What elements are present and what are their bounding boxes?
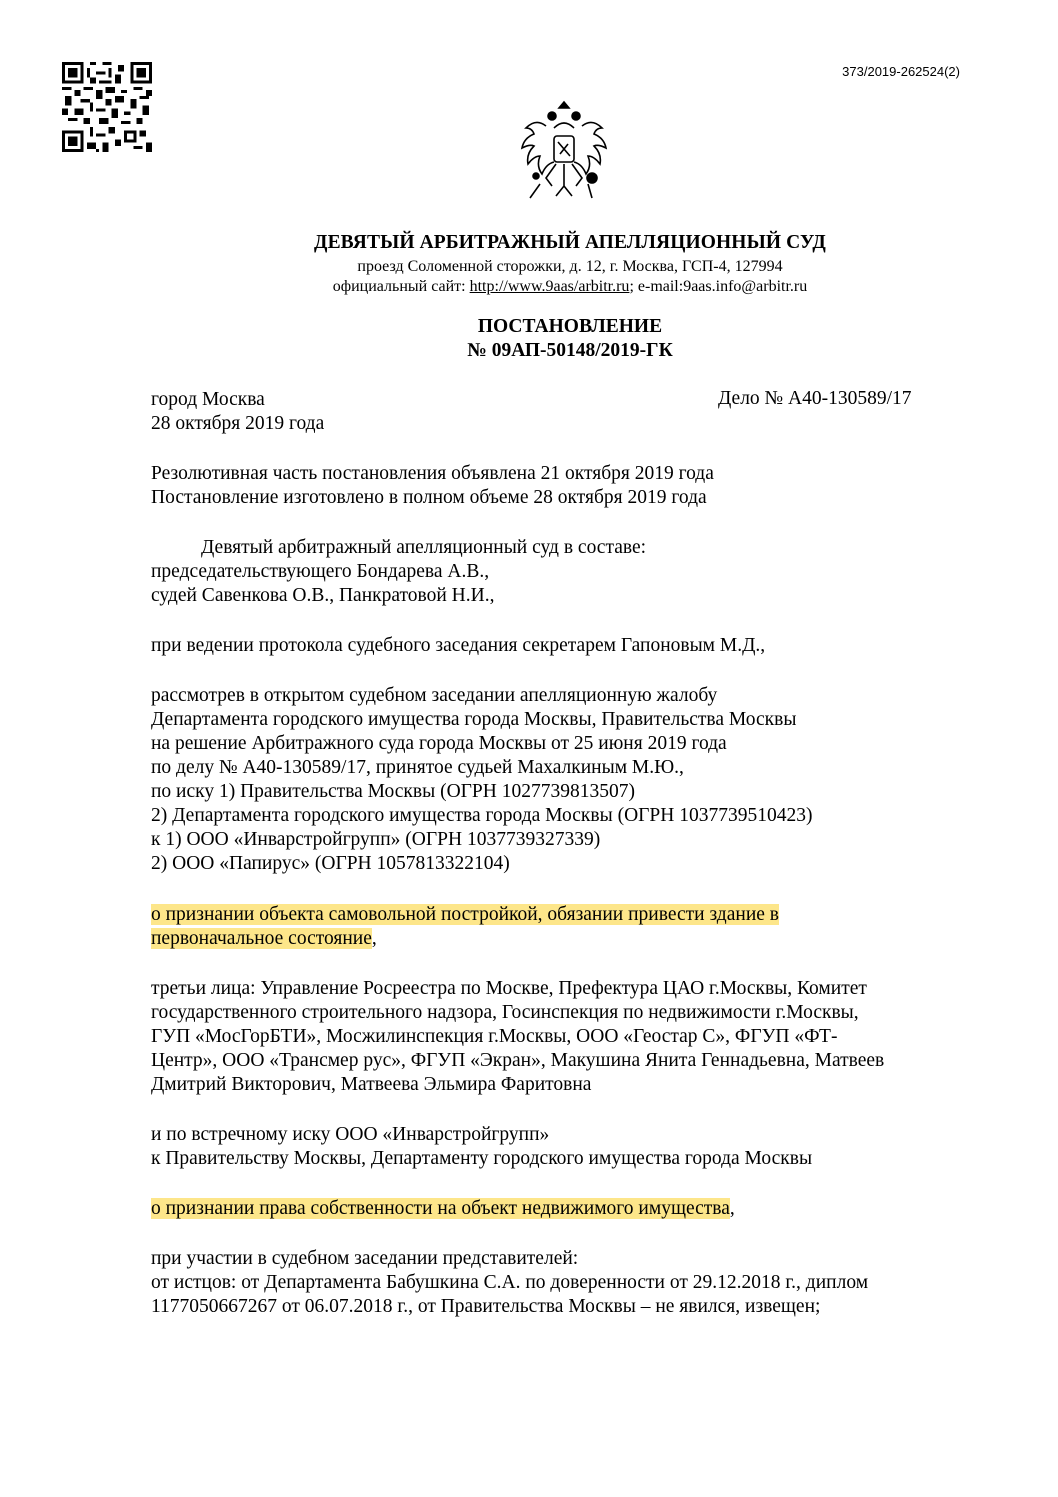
appeal-line: Департамента городского имущества города…: [151, 708, 796, 732]
site-label: официальный сайт:: [333, 278, 470, 295]
qr-code-icon: [62, 62, 152, 152]
document-number: № 09АП-50148/2019-ГК: [0, 340, 1058, 362]
appeal-line: рассмотрев в открытом судебном заседании…: [151, 684, 717, 708]
highlighted-claim: о признании объекта самовольной постройк…: [151, 904, 779, 925]
third-parties-line: государственного строительного надзора, …: [151, 1001, 859, 1025]
highlighted-claim: первоначальное состояние: [151, 928, 372, 949]
document-title: ПОСТАНОВЛЕНИЕ: [0, 316, 1058, 338]
third-parties-line: ГУП «МосГорБТИ», Мосжилинспекция г.Москв…: [151, 1025, 837, 1049]
third-parties-line: третьи лица: Управление Росреестра по Мо…: [151, 977, 867, 1001]
claim-subject-1-cont: первоначальное состояние,: [151, 927, 377, 951]
court-address: проезд Соломенной сторожки, д. 12, г. Мо…: [0, 258, 1058, 276]
third-parties-line: Центр», ООО «Трансмер рус», ФГУП «Экран»…: [151, 1049, 884, 1073]
resolution-announced: Резолютивная часть постановления объявле…: [151, 462, 714, 486]
document-date: 28 октября 2019 года: [151, 412, 324, 436]
document-id: 373/2019-262524(2): [800, 64, 960, 79]
claim-subject-2: о признании права собственности на объек…: [151, 1197, 735, 1221]
counter-claim-defendants: к Правительству Москвы, Департаменту гор…: [151, 1147, 812, 1171]
appeal-line: 2) Департамента городского имущества гор…: [151, 804, 812, 828]
counter-claim: и по встречному иску ООО «Инварстройгруп…: [151, 1123, 549, 1147]
presiding-judge: председательствующего Бондарева А.В.,: [151, 560, 489, 584]
claim-subject-1: о признании объекта самовольной постройк…: [151, 903, 779, 927]
judges: судей Савенкова О.В., Панкратовой Н.И.,: [151, 584, 494, 608]
composition-intro: Девятый арбитражный апелляционный суд в …: [151, 536, 646, 560]
secretary: при ведении протокола судебного заседани…: [151, 634, 765, 658]
city: город Москва: [151, 388, 265, 412]
appeal-line: 2) ООО «Папирус» (ОГРН 1057813322104): [151, 852, 510, 876]
highlighted-claim: о признании права собственности на объек…: [151, 1198, 730, 1219]
appeal-line: к 1) ООО «Инварстройгрупп» (ОГРН 1037739…: [151, 828, 600, 852]
site-link[interactable]: http://www.9aas/arbitr.ru: [470, 278, 630, 295]
court-name: ДЕВЯТЫЙ АРБИТРАЖНЫЙ АПЕЛЛЯЦИОННЫЙ СУД: [0, 232, 1058, 254]
comma: ,: [372, 928, 377, 949]
appeal-line: по делу № А40-130589/17, принятое судьей…: [151, 756, 684, 780]
participation-line: при участии в судебном заседании предста…: [151, 1247, 578, 1271]
court-contacts: официальный сайт: http://www.9aas/arbitr…: [0, 278, 1058, 296]
appeal-line: на решение Арбитражного суда города Моск…: [151, 732, 727, 756]
participation-line: 1177050667267 от 06.07.2018 г., от Прави…: [151, 1295, 820, 1319]
email-text: ; e-mail:9aas.info@arbitr.ru: [629, 278, 807, 295]
comma: ,: [730, 1198, 735, 1219]
participation-line: от истцов: от Департамента Бабушкина С.А…: [151, 1271, 868, 1295]
appeal-line: по иску 1) Правительства Москвы (ОГРН 10…: [151, 780, 635, 804]
full-text-date: Постановление изготовлено в полном объем…: [151, 486, 707, 510]
coat-of-arms-icon: [516, 98, 612, 206]
third-parties-line: Дмитрий Викторович, Матвеева Эльмира Фар…: [151, 1073, 591, 1097]
case-number: Дело № А40-130589/17: [718, 388, 912, 410]
